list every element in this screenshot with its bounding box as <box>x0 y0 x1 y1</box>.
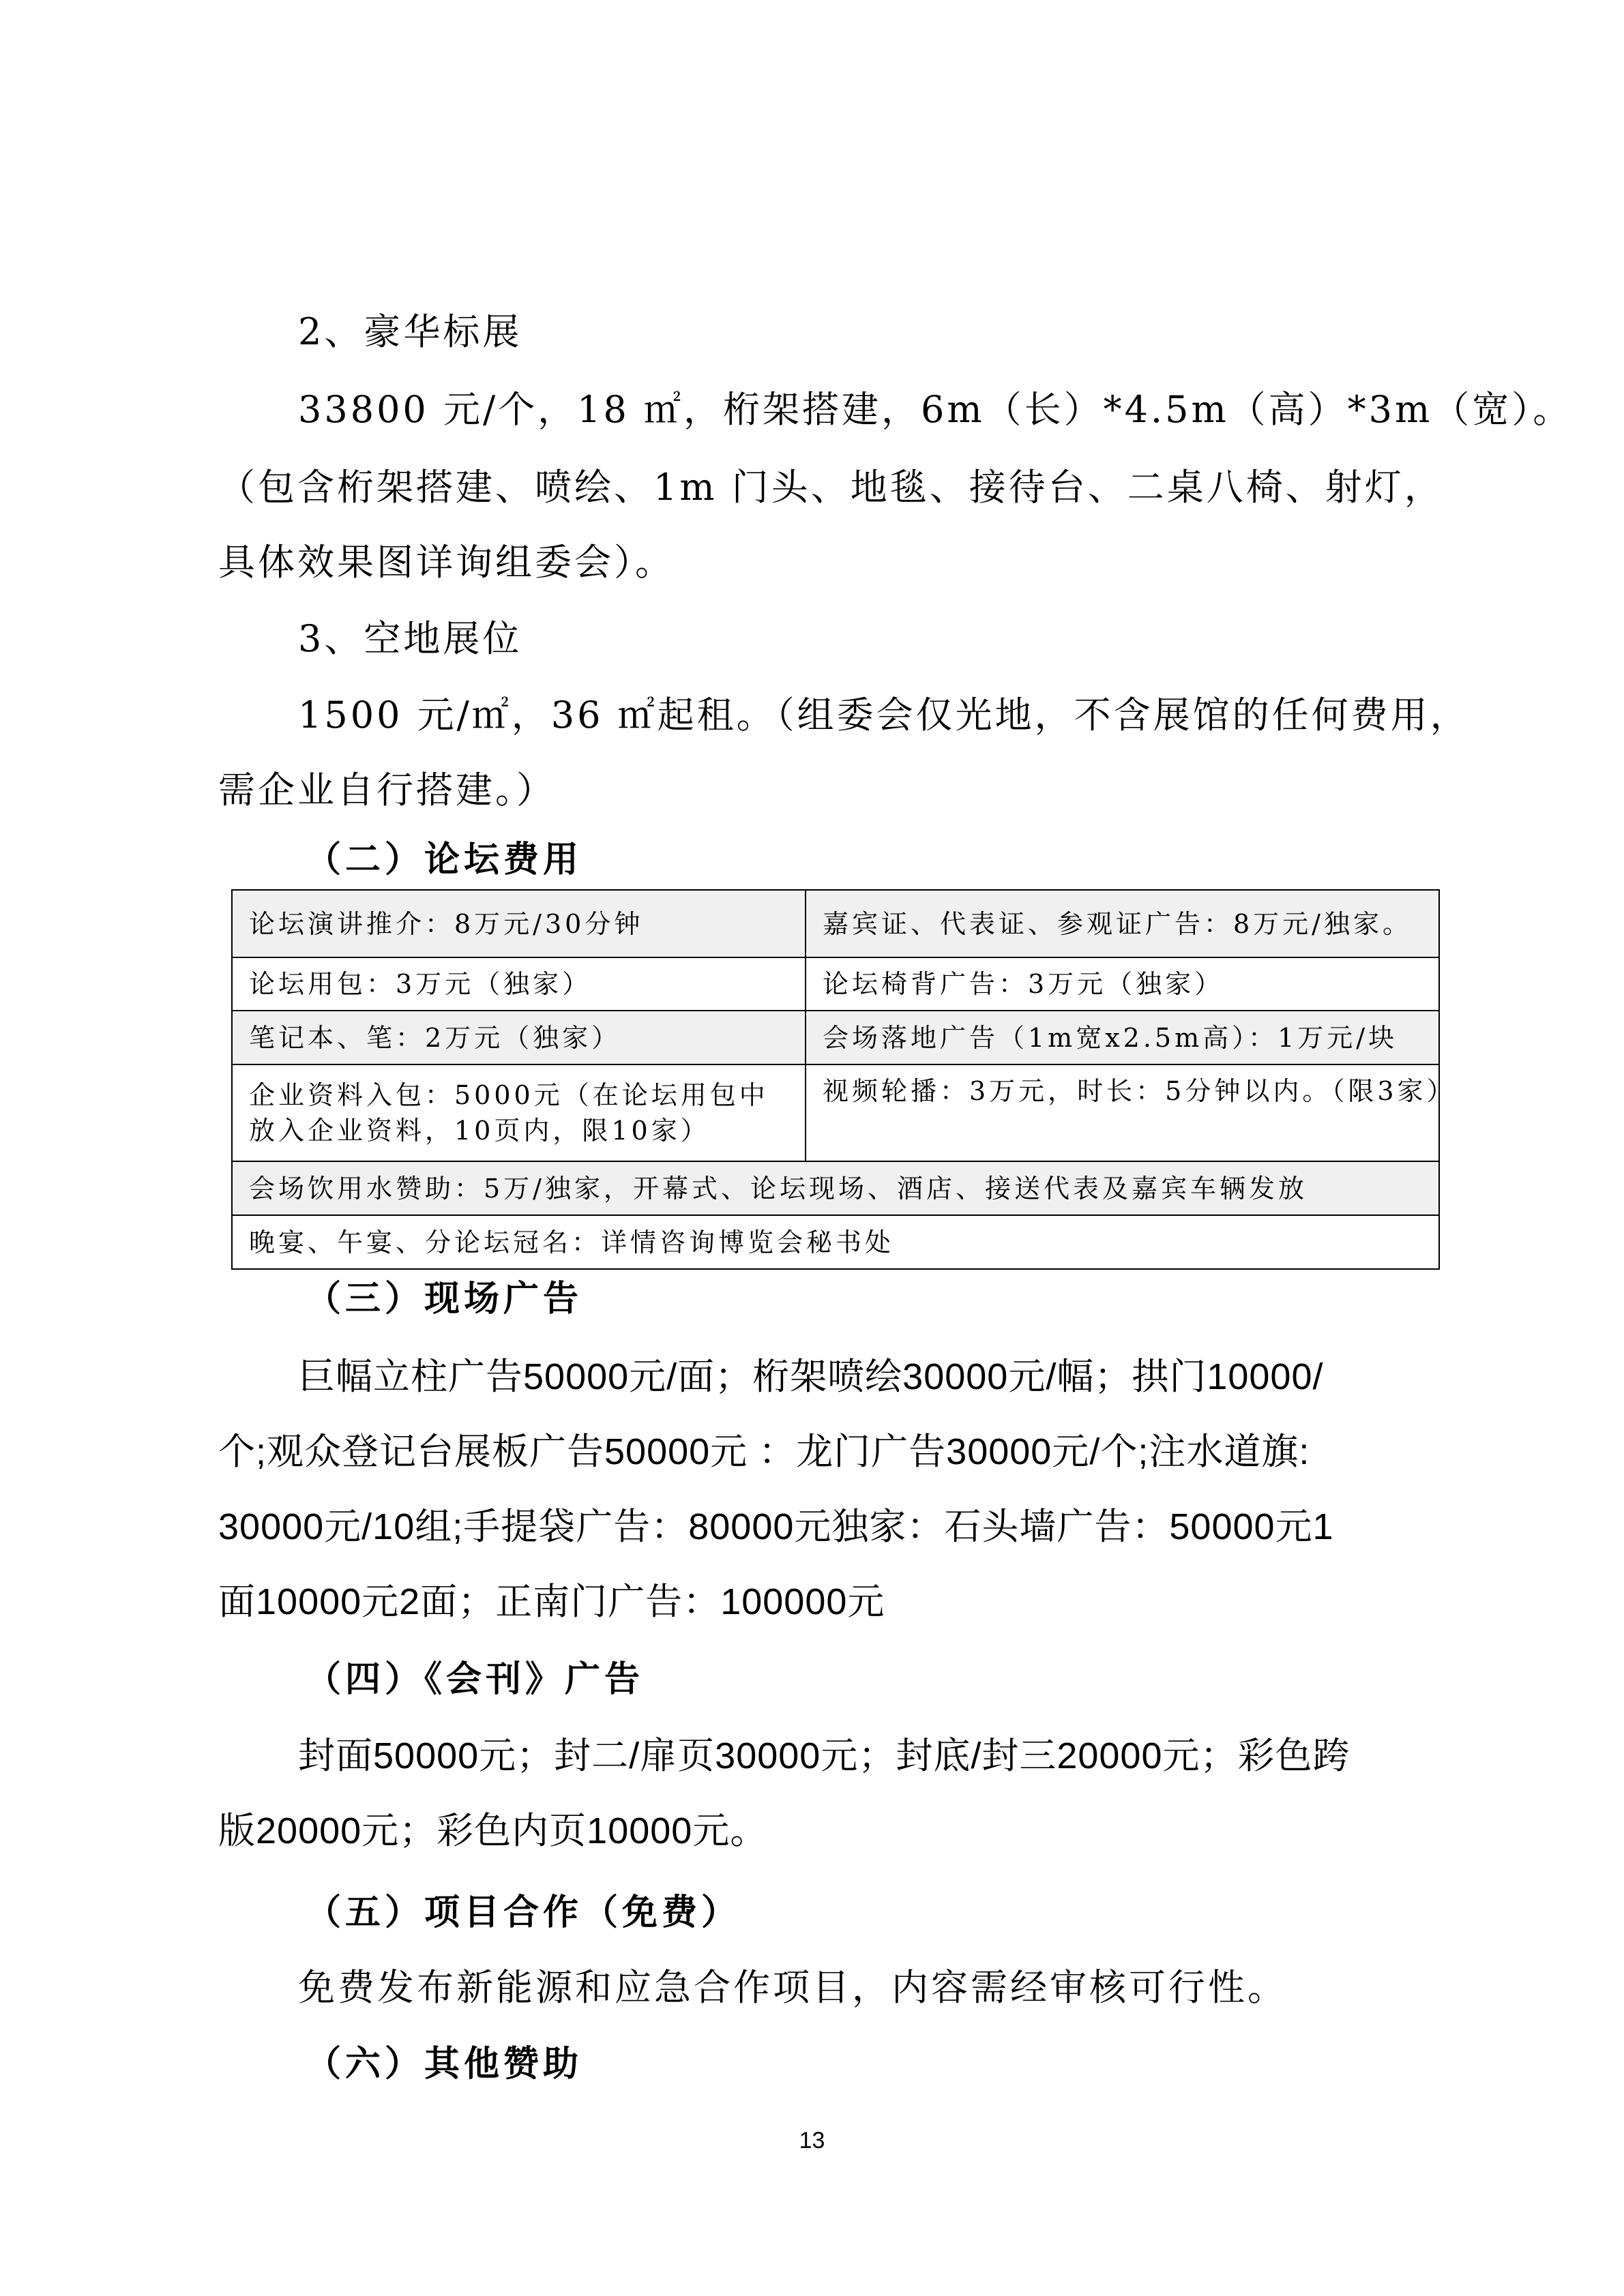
journal-ads-heading: （四）《会刊》广告 <box>306 1656 644 1703</box>
table-cell: 嘉宾证、代表证、参观证广告：8万元/独家。 <box>806 890 1439 957</box>
luxury-booth-price-line: 33800 元/个，18 ㎡，桁架搭建，6m（长）*4.5m（高）*3m（宽）。 <box>298 386 1572 434</box>
table-row: 会场饮用水赞助：5万/独家，开幕式、论坛现场、酒店、接送代表及嘉宾车辆发放 <box>232 1161 1439 1215</box>
page-number: 13 <box>0 2128 1624 2154</box>
table-cell: 会场饮用水赞助：5万/独家，开幕式、论坛现场、酒店、接送代表及嘉宾车辆发放 <box>232 1161 1439 1215</box>
raw-space-title: 3、空地展位 <box>298 615 522 663</box>
table-cell: 企业资料入包：5000元（在论坛用包中放入企业资料，10页内，限10家） <box>232 1064 806 1161</box>
table-cell: 会场落地广告（1m宽x2.5m高）：1万元/块 <box>806 1011 1439 1064</box>
table-row: 论坛演讲推介：8万元/30分钟 嘉宾证、代表证、参观证广告：8万元/独家。 <box>232 890 1439 957</box>
onsite-ads-line: 个;观众登记台展板广告50000元 ：龙门广告30000元/个;注水道旗: <box>218 1428 1310 1476</box>
onsite-ads-line: 面10000元2面；正南门广告：100000元 <box>218 1578 885 1626</box>
table-row: 企业资料入包：5000元（在论坛用包中放入企业资料，10页内，限10家） 视频轮… <box>232 1064 1439 1161</box>
table-cell: 论坛椅背广告：3万元（独家） <box>806 957 1439 1011</box>
table-cell: 视频轮播：3万元，时长：5分钟以内。（限3家） <box>806 1064 1439 1161</box>
onsite-ads-heading: （三）现场广告 <box>306 1275 582 1323</box>
project-cooperation-line: 免费发布新能源和应急合作项目，内容需经审核可行性。 <box>298 1964 1287 2012</box>
onsite-ads-line: 巨幅立柱广告50000元/面；桁架喷绘30000元/幅；拱门10000/ <box>298 1353 1324 1401</box>
luxury-booth-title: 2、豪华标展 <box>298 308 522 356</box>
project-cooperation-heading: （五）项目合作（免费） <box>306 1889 741 1937</box>
forum-fees-table: 论坛演讲推介：8万元/30分钟 嘉宾证、代表证、参观证广告：8万元/独家。 论坛… <box>231 889 1440 1270</box>
table-cell: 论坛演讲推介：8万元/30分钟 <box>232 890 806 957</box>
forum-fees-heading: （二）论坛费用 <box>306 836 582 884</box>
table-cell: 笔记本、笔：2万元（独家） <box>232 1011 806 1064</box>
table-row: 论坛用包：3万元（独家） 论坛椅背广告：3万元（独家） <box>232 957 1439 1011</box>
document-page: 2、豪华标展 33800 元/个，18 ㎡，桁架搭建，6m（长）*4.5m（高）… <box>0 0 1624 2296</box>
raw-space-note-line: 需企业自行搭建。） <box>218 766 556 814</box>
table-row: 笔记本、笔：2万元（独家） 会场落地广告（1m宽x2.5m高）：1万元/块 <box>232 1011 1439 1064</box>
onsite-ads-line: 30000元/10组;手提袋广告：80000元独家：石头墙广告：50000元1 <box>218 1503 1334 1551</box>
table-cell: 晚宴、午宴、分论坛冠名：详情咨询博览会秘书处 <box>232 1215 1439 1269</box>
journal-ads-line: 版20000元；彩色内页10000元。 <box>218 1807 767 1855</box>
luxury-booth-includes-line-2: 具体效果图详询组委会）。 <box>218 539 675 586</box>
table-row: 晚宴、午宴、分论坛冠名：详情咨询博览会秘书处 <box>232 1215 1439 1269</box>
table-cell: 论坛用包：3万元（独家） <box>232 957 806 1011</box>
raw-space-price-line: 1500 元/㎡，36 ㎡起租。（组委会仅光地，不含展馆的任何费用， <box>298 691 1470 739</box>
journal-ads-line: 封面50000元；封二/扉页30000元；封底/封三20000元；彩色跨 <box>298 1732 1350 1780</box>
other-sponsorship-heading: （六）其他赞助 <box>306 2040 582 2088</box>
luxury-booth-includes-line: （包含桁架搭建、喷绘、1m 门头、地毯、接待台、二桌八椅、射灯， <box>218 464 1444 511</box>
